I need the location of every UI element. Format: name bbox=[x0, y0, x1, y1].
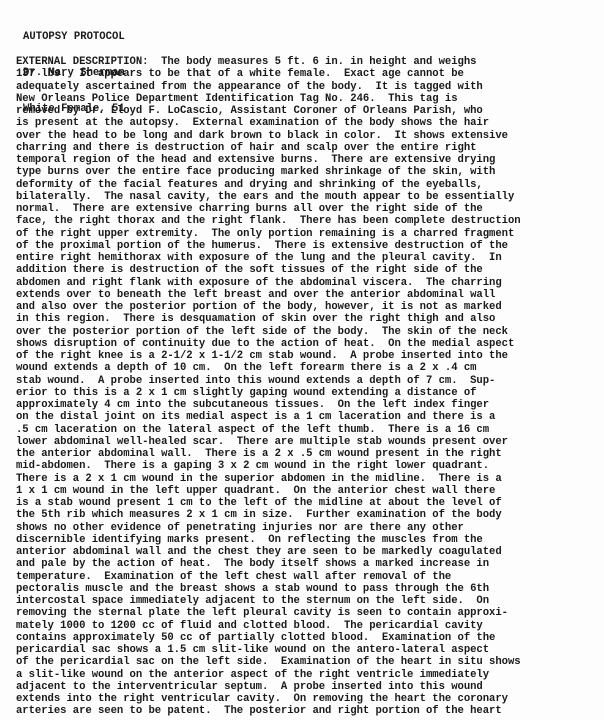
body-text-line: pericardial sac shows a 1.5 cm slit-like… bbox=[16, 644, 489, 656]
body-text-line: of the proximal portion of the humerus. … bbox=[16, 240, 508, 252]
body-text-line: the anterior abdominal wall. There is a … bbox=[16, 448, 502, 460]
body-text-line: entire right hemithorax with exposure of… bbox=[16, 252, 502, 264]
body-text-line: There is a 2 x 1 cm wound in the superio… bbox=[16, 473, 502, 485]
body-text-line: .5 cm laceration on the lateral aspect o… bbox=[16, 424, 489, 436]
body-text-line: EXTERNAL DESCRIPTION: The body measures … bbox=[16, 56, 476, 68]
body-text-line: erior to this is a 2 x 1 cm slightly gap… bbox=[16, 387, 476, 399]
body-text-line: over the head to be long and dark brown … bbox=[16, 130, 508, 142]
body-text-line: over the posterior portion of the left s… bbox=[16, 326, 508, 338]
body-text-line: wound extends a depth of 10 cm. On the l… bbox=[16, 362, 476, 374]
body-text-line: normal. There are extensive charring bur… bbox=[16, 203, 483, 215]
autopsy-protocol-page: AUTOPSY PROTOCOL Dr. Mary Sherman White … bbox=[0, 0, 604, 720]
external-description-text: EXTERNAL DESCRIPTION: The body measures … bbox=[16, 56, 521, 718]
body-text-line: intercostal space immediately adjacent t… bbox=[16, 595, 489, 607]
body-text-line: approximately 4 cm into the subcutaneous… bbox=[16, 399, 489, 411]
body-text-line: in this region. There is desquamation of… bbox=[16, 313, 495, 325]
body-text-line: a slit-like wound on the anterior aspect… bbox=[16, 669, 489, 681]
body-text-line: face, the right thorax and the right fla… bbox=[16, 215, 521, 227]
body-text-line: type burns over the entire face producin… bbox=[16, 166, 495, 178]
body-text-line: temporal region of the head and extensiv… bbox=[16, 154, 495, 166]
body-text-line: and pale by the action of heat. The body… bbox=[16, 558, 489, 570]
body-text-line: deformity of the facial features and dry… bbox=[16, 179, 483, 191]
body-text-line: mid-abdomen. There is a gaping 3 x 2 cm … bbox=[16, 460, 489, 472]
body-text-line: anterior abdominal wall and the chest th… bbox=[16, 546, 502, 558]
body-text-line: mately 1000 to 1200 cc of fluid and clot… bbox=[16, 620, 483, 632]
body-text-line: discernible identifying marks present. O… bbox=[16, 534, 483, 546]
body-text-line: 137 lbs. It appears to be that of a whit… bbox=[16, 68, 464, 80]
body-text-line: is a stab wound present 1 cm to the left… bbox=[16, 497, 502, 509]
body-text-line: of the pericardial sac on the left side.… bbox=[16, 656, 521, 668]
body-text-line: of the right knee is a 2-1/2 x 1-1/2 cm … bbox=[16, 350, 508, 362]
body-text-line: New Orleans Police Department Identifica… bbox=[16, 93, 458, 105]
body-text-line: 1 x 1 cm wound in the left upper quadran… bbox=[16, 485, 495, 497]
body-text-line: shows no other evidence of penetrating i… bbox=[16, 522, 464, 534]
body-text-line: adjacent to the interventricular septum.… bbox=[16, 681, 483, 693]
body-text-line: on the distal joint on its medial aspect… bbox=[16, 411, 495, 423]
body-text-line: bilaterally. The nasal cavity, the ears … bbox=[16, 191, 514, 203]
body-text-line: and also over the posterior portion of t… bbox=[16, 301, 502, 313]
body-text-line: addition there is destruction of the sof… bbox=[16, 264, 483, 276]
body-text-line: temperature. Examination of the left che… bbox=[16, 571, 451, 583]
body-text-line: adequately ascertained from the appearan… bbox=[16, 81, 483, 93]
body-text-line: arteries are seen to be patent. The post… bbox=[16, 705, 502, 717]
body-text-line: removing the sternal plate the left pleu… bbox=[16, 607, 508, 619]
body-text-line: pectoralis muscle and the breast shows a… bbox=[16, 583, 489, 595]
document-title: AUTOPSY PROTOCOL bbox=[23, 31, 125, 43]
body-text-line: extends into the right ventricular cavit… bbox=[16, 693, 508, 705]
body-text-line: abdomen and right flank with exposure of… bbox=[16, 277, 502, 289]
body-text-line: removed by Dr. Lloyd F. LoCascio, Assist… bbox=[16, 105, 483, 117]
body-text-line: lower abdominal well-healed scar. There … bbox=[16, 436, 508, 448]
body-text-line: the 5th rib which measures 2 x 1 cm in s… bbox=[16, 509, 502, 521]
body-text-line: shows disruption of continuity due to th… bbox=[16, 338, 514, 350]
body-text-line: is present at the autopsy. External exam… bbox=[16, 117, 489, 129]
body-text-line: of the right upper extremity. The only p… bbox=[16, 228, 514, 240]
body-text-line: charring and there is destruction of hai… bbox=[16, 142, 476, 154]
body-text-line: extends over to beneath the left breast … bbox=[16, 289, 495, 301]
body-text-line: stab wound. A probe inserted into this w… bbox=[16, 375, 495, 387]
body-text-line: contains approximately 50 cc of partiall… bbox=[16, 632, 495, 644]
